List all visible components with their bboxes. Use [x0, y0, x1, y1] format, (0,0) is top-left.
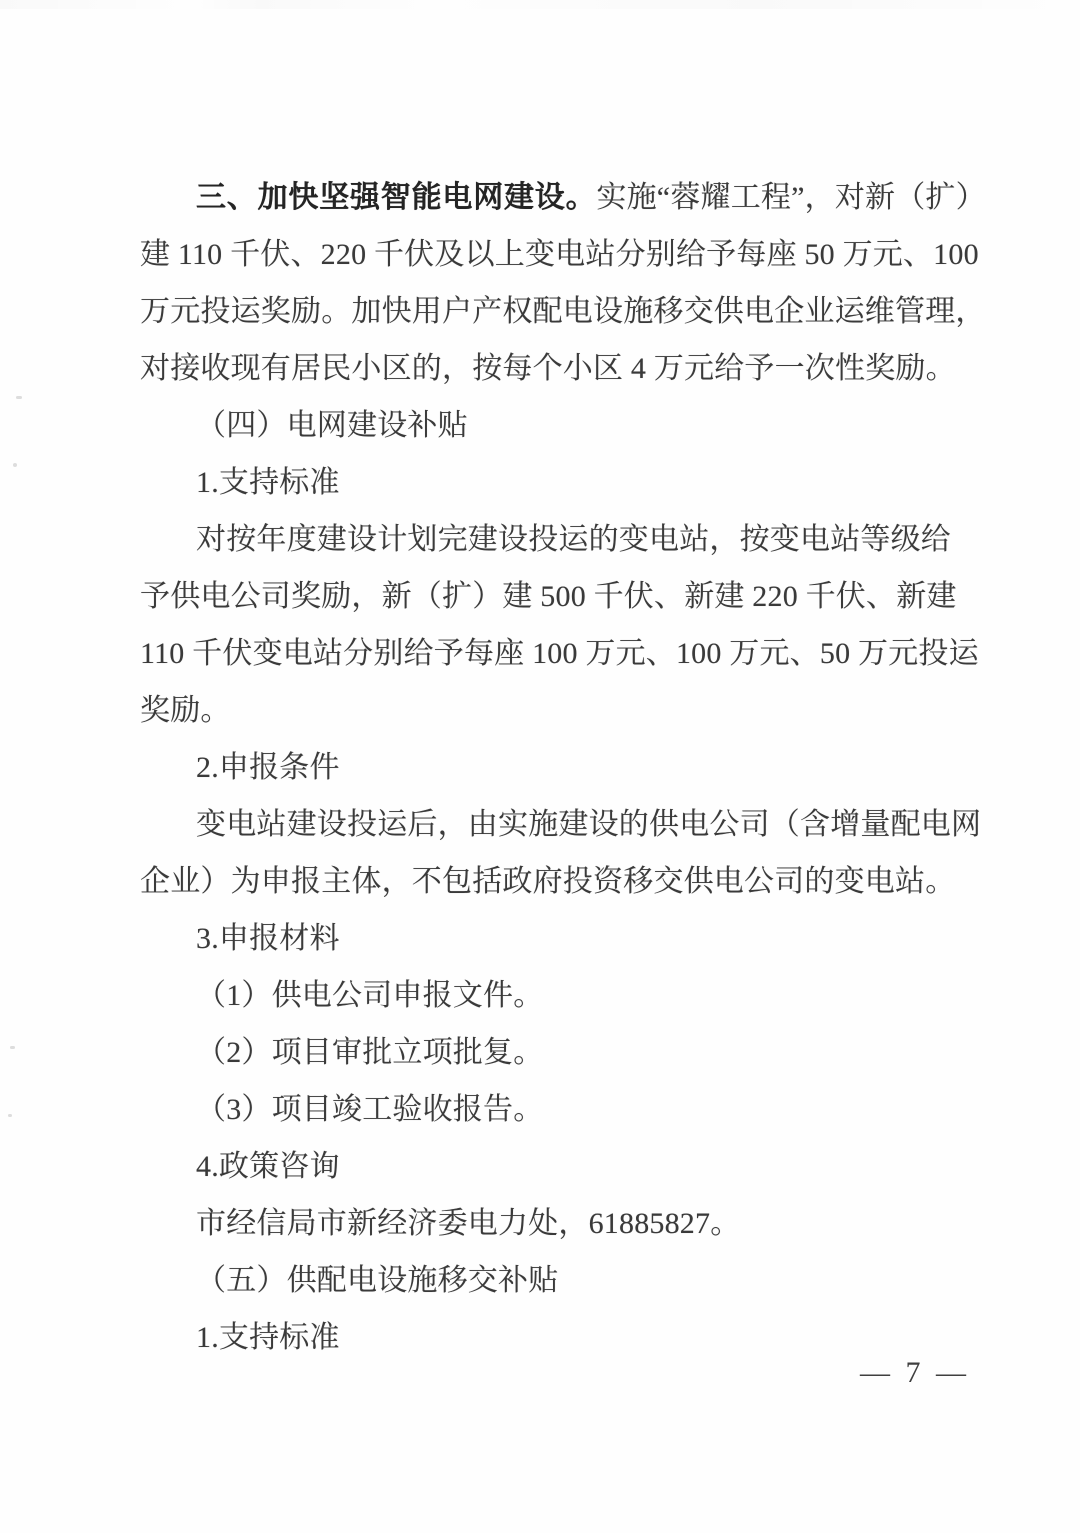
scanned-document-page: 三、加快坚强智能电网建设。实施“蓉耀工程”，对新（扩） 建 110 千伏、220… — [0, 0, 1080, 1533]
support-standard-paragraph-line: 110 千伏变电站分别给予每座 100 万元、100 万元、50 万元投运 — [140, 625, 972, 682]
subsection-5-support-heading: 1.支持标准 — [140, 1309, 972, 1366]
scan-speck — [13, 463, 17, 467]
scan-edge-artifact — [0, 0, 1080, 9]
section-3-text: 实施“蓉耀工程”，对新（扩） — [596, 181, 985, 214]
materials-list-item: （1）供电公司申报文件。 — [140, 967, 972, 1024]
document-text-block: 三、加快坚强智能电网建设。实施“蓉耀工程”，对新（扩） 建 110 千伏、220… — [140, 169, 972, 1366]
scan-speck — [16, 396, 22, 399]
subsection-4-support-heading: 1.支持标准 — [140, 454, 972, 511]
section-3-paragraph-line: 建 110 千伏、220 千伏及以上变电站分别给予每座 50 万元、100 — [140, 226, 972, 283]
conditions-paragraph-line: 企业）为申报主体，不包括政府投资移交供电公司的变电站。 — [140, 853, 972, 910]
subsection-5-heading: （五）供配电设施移交补贴 — [140, 1252, 972, 1309]
conditions-paragraph-line: 变电站建设投运后，由实施建设的供电公司（含增量配电网 — [140, 796, 972, 853]
section-3-paragraph-line: 万元投运奖励。加快用户产权配电设施移交供电企业运维管理， — [140, 283, 972, 340]
materials-list-item: （2）项目审批立项批复。 — [140, 1024, 972, 1081]
scan-speck — [8, 1114, 12, 1117]
section-3-paragraph-line: 三、加快坚强智能电网建设。实施“蓉耀工程”，对新（扩） — [140, 169, 972, 226]
scan-speck — [10, 1046, 15, 1049]
subsection-4-heading: （四）电网建设补贴 — [140, 397, 972, 454]
support-standard-paragraph-line: 予供电公司奖励，新（扩）建 500 千伏、新建 220 千伏、新建 — [140, 568, 972, 625]
subsection-4-conditions-heading: 2.申报条件 — [140, 739, 972, 796]
consult-contact-line: 市经信局市新经济委电力处，61885827。 — [140, 1195, 972, 1252]
section-3-paragraph-line: 对接收现有居民小区的，按每个小区 4 万元给予一次性奖励。 — [140, 340, 972, 397]
support-standard-paragraph-line: 对按年度建设计划完建设投运的变电站，按变电站等级给 — [140, 511, 972, 568]
subsection-4-consult-heading: 4.政策咨询 — [140, 1138, 972, 1195]
materials-list-item: （3）项目竣工验收报告。 — [140, 1081, 972, 1138]
support-standard-paragraph-line: 奖励。 — [140, 682, 972, 739]
subsection-4-materials-heading: 3.申报材料 — [140, 910, 972, 967]
section-3-heading: 三、加快坚强智能电网建设。 — [196, 181, 596, 214]
page-number: — 7 — — [860, 1358, 970, 1388]
